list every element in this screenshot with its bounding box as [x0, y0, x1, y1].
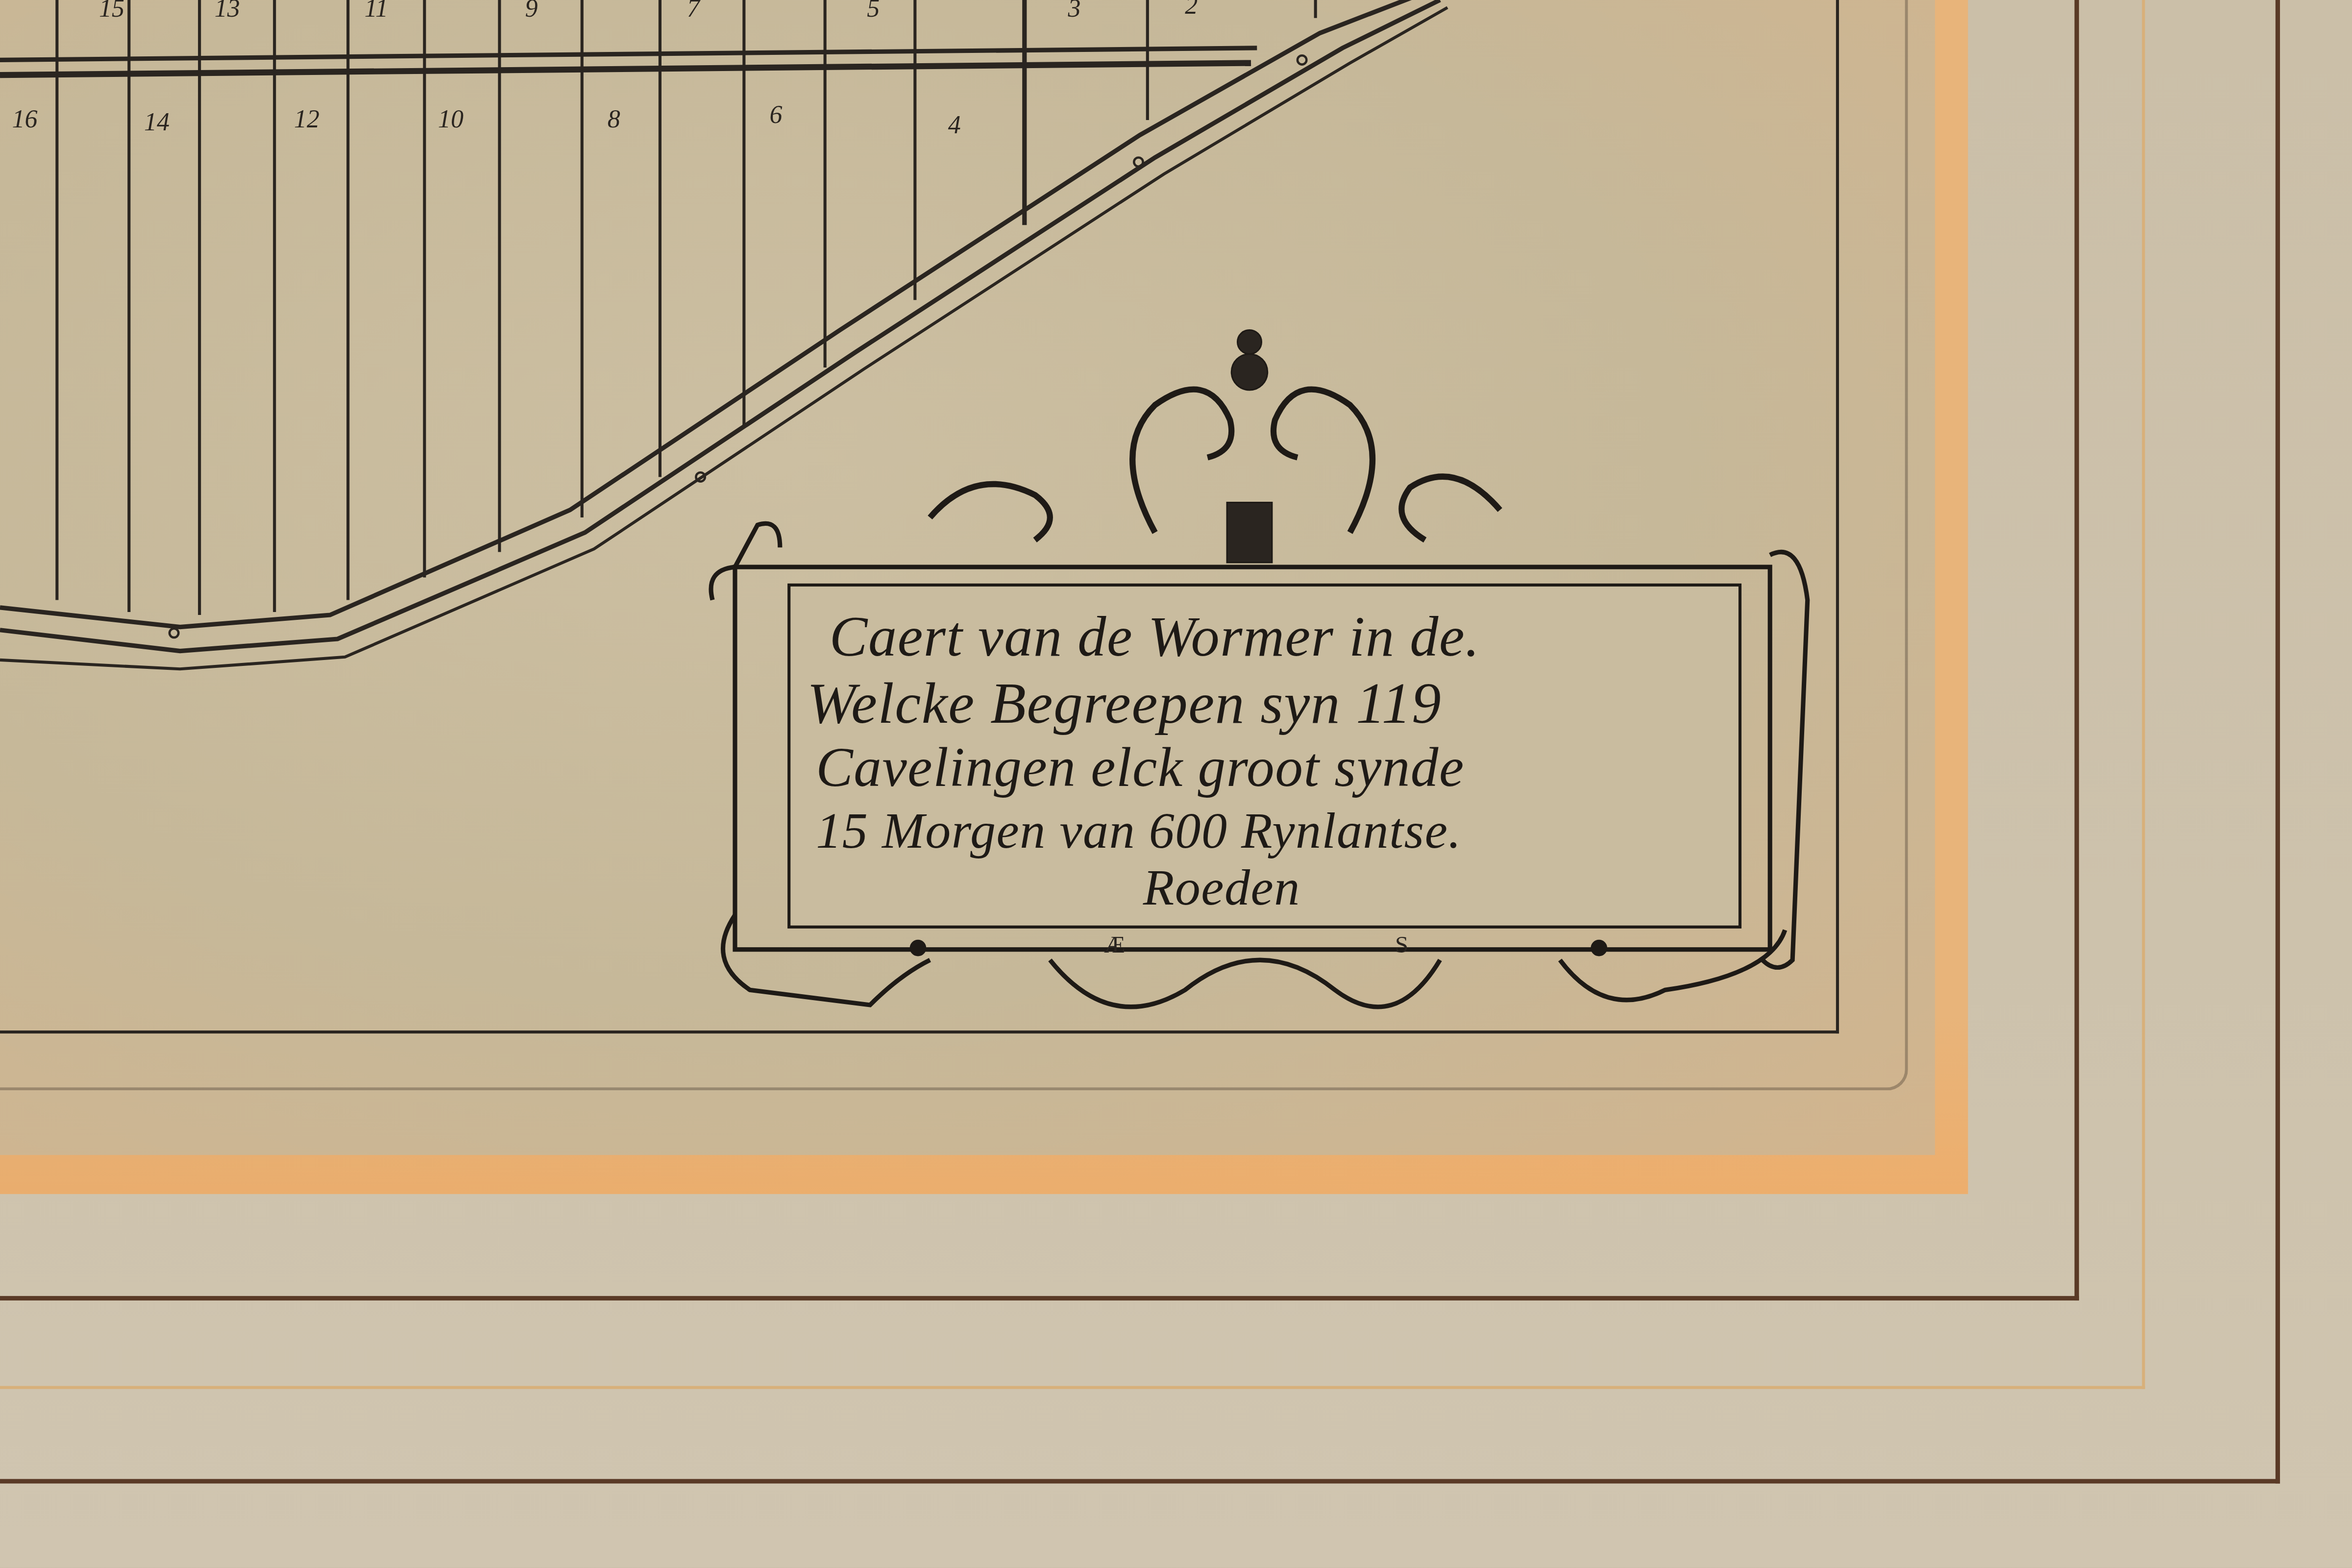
lot-number: 5 [867, 0, 880, 24]
lot-number: 2 [1185, 0, 1198, 21]
photo-stage: 15 13 11 9 7 5 3 2 16 14 12 10 8 6 4 Cae… [0, 0, 2352, 1568]
cartouche-line-5: Roeden [1143, 864, 1300, 915]
lot-number: 4 [948, 111, 961, 141]
cartouche-title: Caert van de Wormer in de. Welcke Begree… [792, 588, 1740, 926]
lot-number: 10 [438, 105, 464, 135]
lot-number: 13 [215, 0, 240, 24]
lot-number: 3 [1068, 0, 1081, 24]
parcel-lines [57, 0, 1315, 615]
engraver-initial: S [1395, 933, 1408, 960]
cartouche-line-4: 15 Morgen van 600 Rynlantse. [816, 807, 1462, 858]
lot-number: 8 [608, 105, 620, 135]
cartouche-line-3: Cavelingen elck groot synde [816, 741, 1465, 796]
cartouche-line-2: Welcke Begreepen syn 119 [807, 675, 1442, 734]
lot-number: 14 [144, 108, 170, 138]
lot-number: 6 [769, 100, 782, 130]
lot-number: 15 [99, 0, 124, 24]
map-engraving [0, 0, 1935, 1155]
lot-number: 9 [525, 0, 538, 24]
lot-number: 11 [365, 0, 388, 24]
print-paper: 15 13 11 9 7 5 3 2 16 14 12 10 8 6 4 Cae… [0, 0, 1935, 1155]
lot-number: 12 [294, 105, 319, 135]
cartouche-line-1: Caert van de Wormer in de. [830, 609, 1480, 666]
engraver-initial: Æ [1104, 933, 1126, 960]
lot-number: 7 [687, 0, 700, 24]
lot-number: 16 [12, 105, 37, 135]
